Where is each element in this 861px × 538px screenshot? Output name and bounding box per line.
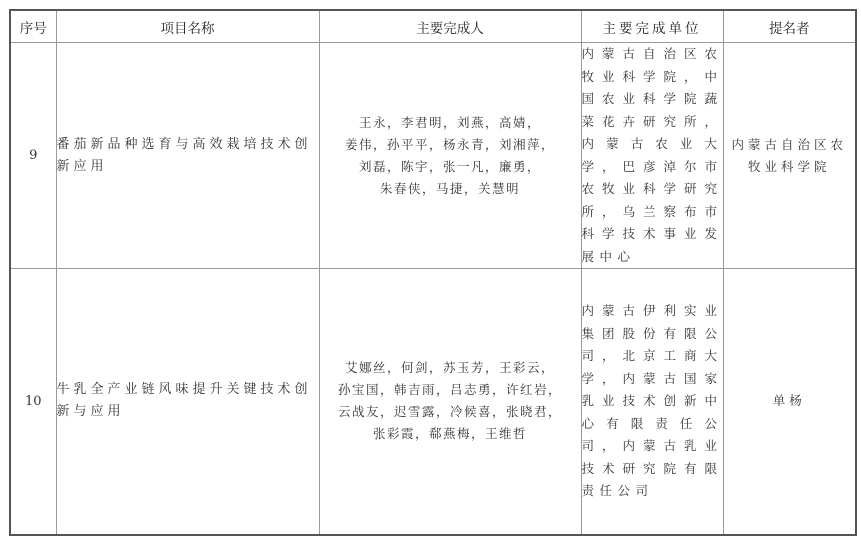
table-row: 10 牛乳全产业链风味提升关键技术创新与应用 艾娜丝，何剑，苏玉芳，王彩云， 孙…: [10, 269, 856, 535]
project-name: 牛乳全产业链风味提升关键技术创新与应用: [56, 269, 319, 535]
people-line: 艾娜丝，何剑，苏玉芳，王彩云，: [320, 357, 581, 379]
main-units: 内蒙古伊利实业集团股份有限公司，北京工商大学，内蒙古国家乳业技术创新中心有限责任…: [581, 269, 723, 535]
header-nominator: 提名者: [723, 10, 856, 43]
people-line: 姜伟，孙平平，杨永青，刘湘萍，: [320, 134, 581, 156]
main-people: 王永，李君明，刘燕，高婧， 姜伟，孙平平，杨永青，刘湘萍， 刘磊，陈宇，张一凡，…: [319, 43, 581, 269]
table-row: 9 番茄新品种选育与高效栽培技术创新应用 王永，李君明，刘燕，高婧， 姜伟，孙平…: [10, 43, 856, 269]
project-name: 番茄新品种选育与高效栽培技术创新应用: [56, 43, 319, 269]
main-units: 内蒙古自治区农牧业科学院，中国农业科学院蔬菜花卉研究所，内蒙古农业大学，巴彦淖尔…: [581, 43, 723, 269]
header-main-people: 主要完成人: [319, 10, 581, 43]
people-line: 云战友，迟雪露，冷候喜，张晓君，: [320, 401, 581, 423]
people-line: 刘磊，陈宇，张一凡，廉勇，: [320, 156, 581, 178]
people-line: 孙宝国，韩吉雨，吕志勇，许红岩，: [320, 379, 581, 401]
nominator: 单杨: [723, 269, 856, 535]
award-table: 序号 项目名称 主要完成人 主要完成单位 提名者 9 番茄新品种选育与高效栽培技…: [9, 9, 857, 536]
nominator: 内蒙古自治区农牧业科学院: [723, 43, 856, 269]
people-line: 朱春侠，马捷，关慧明: [320, 178, 581, 200]
header-row: 序号 项目名称 主要完成人 主要完成单位 提名者: [10, 10, 856, 43]
people-line: 王永，李君明，刘燕，高婧，: [320, 112, 581, 134]
row-number: 10: [10, 269, 56, 535]
row-number: 9: [10, 43, 56, 269]
people-line: 张彩霞，郗燕梅，王维哲: [320, 423, 581, 445]
header-project-name: 项目名称: [56, 10, 319, 43]
header-main-units: 主要完成单位: [581, 10, 723, 43]
header-number: 序号: [10, 10, 56, 43]
main-people: 艾娜丝，何剑，苏玉芳，王彩云， 孙宝国，韩吉雨，吕志勇，许红岩， 云战友，迟雪露…: [319, 269, 581, 535]
